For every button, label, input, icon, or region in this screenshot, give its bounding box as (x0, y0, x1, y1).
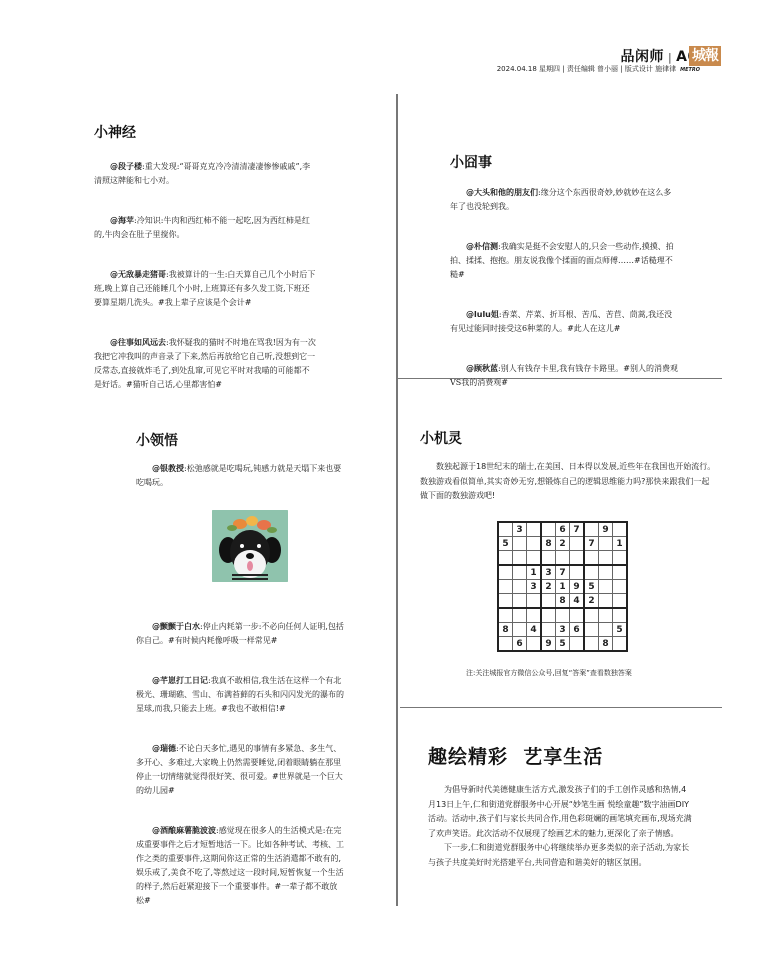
sudoku-cell[interactable] (584, 565, 599, 580)
sudoku-cell[interactable] (527, 637, 542, 652)
section-title: 小神经 (94, 122, 316, 142)
sudoku-cell[interactable] (584, 608, 599, 623)
sudoku-cell[interactable] (584, 637, 599, 652)
sudoku-cell[interactable]: 1 (556, 580, 570, 594)
sudoku-cell[interactable] (613, 522, 628, 537)
date-editor-line: 2024.04.18 星期四 | 责任编辑 曾小丽 | 版式设计 施律律 (497, 65, 676, 73)
sudoku-cell[interactable] (498, 580, 513, 594)
sudoku-row: 58271 (498, 537, 627, 551)
sudoku-cell[interactable] (570, 637, 585, 652)
sudoku-cell[interactable] (513, 623, 527, 637)
sudoku-cell[interactable]: 6 (513, 637, 527, 652)
sudoku-cell[interactable]: 5 (613, 623, 628, 637)
dog-illustration (212, 510, 288, 582)
sudoku-cell[interactable]: 2 (541, 580, 556, 594)
sudoku-cell[interactable] (556, 608, 570, 623)
sudoku-cell[interactable]: 8 (498, 623, 513, 637)
post: @芊崽打工日记:我真不敢相信,我生活在这样一个有北极光、珊瑚礁、雪山、布满苔藓的… (136, 674, 344, 716)
sudoku-row: 84365 (498, 623, 627, 637)
sudoku-cell[interactable] (498, 637, 513, 652)
sudoku-cell[interactable] (613, 565, 628, 580)
post: @lulu姐:香菜、芹菜、折耳根、苦瓜、苦苣、茼蒿,我还没有见过能同时接受这6种… (450, 308, 678, 336)
sudoku-cell[interactable] (599, 594, 613, 609)
sudoku-cell[interactable] (498, 522, 513, 537)
sudoku-cell[interactable]: 8 (541, 537, 556, 551)
sudoku-cell[interactable] (541, 623, 556, 637)
sudoku-cell[interactable] (513, 580, 527, 594)
post: @颤颤于白水:停止内耗第一步:不必向任何人证明,包括你自己。#有时候内耗像呼吸一… (136, 620, 344, 648)
sudoku-cell[interactable]: 8 (556, 594, 570, 609)
sudoku-cell[interactable] (513, 608, 527, 623)
sudoku-cell[interactable] (556, 551, 570, 566)
section-title: 小领悟 (136, 430, 344, 450)
sudoku-cell[interactable]: 3 (541, 565, 556, 580)
section-nerves: 小神经 @段子楼:重大发现:“哥哥克克冷冷清清凄凄惨惨戚戚”,李清照这牌能和七小… (94, 122, 316, 392)
sudoku-cell[interactable] (527, 537, 542, 551)
sudoku-cell[interactable] (599, 565, 613, 580)
article-paragraph: 为倡导新时代美德健康生活方式,激发孩子们的手工创作灵感和热情,4月13日上午,仁… (428, 783, 694, 841)
newspaper-logo: 城報 (689, 46, 721, 66)
section-title: 小机灵 (420, 428, 716, 448)
sudoku-cell[interactable] (584, 623, 599, 637)
sudoku-cell[interactable] (541, 522, 556, 537)
header-meta: 2024.04.18 星期四 | 责任编辑 曾小丽 | 版式设计 施律律METR… (497, 64, 700, 74)
sudoku-cell[interactable] (541, 594, 556, 609)
sudoku-cell[interactable] (498, 608, 513, 623)
sudoku-row (498, 551, 627, 566)
sudoku-row: 137 (498, 565, 627, 580)
sudoku-cell[interactable]: 4 (570, 594, 585, 609)
section-name: 品闲师 (620, 49, 664, 65)
sudoku-cell[interactable] (513, 537, 527, 551)
section-divider-2 (400, 707, 722, 708)
post: @无敌暴走猪哥:我被算计的一生:白天算自己几个小时后下班,晚上算自己还能睡几个小… (94, 268, 316, 310)
sudoku-cell[interactable]: 1 (527, 565, 542, 580)
sudoku-cell[interactable] (613, 594, 628, 609)
sudoku-cell[interactable] (599, 623, 613, 637)
sudoku-cell[interactable] (498, 565, 513, 580)
sudoku-cell[interactable]: 5 (498, 537, 513, 551)
sudoku-cell[interactable] (570, 537, 585, 551)
sudoku-row: 6958 (498, 637, 627, 652)
column-divider (396, 94, 398, 906)
sudoku-cell[interactable] (599, 537, 613, 551)
sudoku-row (498, 608, 627, 623)
sudoku-cell[interactable]: 6 (570, 623, 585, 637)
sudoku-cell[interactable] (513, 551, 527, 566)
section-clever: 小机灵 数独起源于18世纪末的瑞士,在美国、日本得以发展,近些年在我国也开始流行… (420, 428, 716, 504)
post: @朴信测:我确实是挺不会安慰人的,只会一些动作,摸摸、拍拍、揉揉、抱抱。朋友说我… (450, 240, 678, 282)
sudoku-cell[interactable]: 3 (556, 623, 570, 637)
sudoku-answer-note: 注:关注城报官方微信公众号,回复“答案”查看数独答案 (466, 668, 632, 678)
section-insight: 小领悟 @银教授:松弛感就是吃喝玩,钝感力就是天塌下来也要吃喝玩。 (136, 430, 344, 490)
sudoku-cell[interactable] (541, 608, 556, 623)
sudoku-cell[interactable] (599, 580, 613, 594)
sudoku-cell[interactable] (584, 551, 599, 566)
sudoku-cell[interactable] (570, 608, 585, 623)
sudoku-cell[interactable]: 3 (513, 522, 527, 537)
article-paragraph: 下一步,仁和街道党群服务中心将继续举办更多类似的亲子活动,为家长与孩子共度美好时… (428, 841, 694, 870)
sudoku-cell[interactable]: 6 (556, 522, 570, 537)
sudoku-row: 3679 (498, 522, 627, 537)
post: @顾秋蓝:别人有钱存卡里,我有钱存卡路里。#别人的消费观VS我的消费观# (450, 362, 678, 390)
sudoku-cell[interactable]: 7 (556, 565, 570, 580)
sudoku-cell[interactable]: 5 (584, 580, 599, 594)
sudoku-grid: 3679 58271 137 32195 842 84365 6958 (497, 521, 628, 652)
sudoku-cell[interactable] (527, 594, 542, 609)
sudoku-cell[interactable] (613, 637, 628, 652)
post: @海苹:冷知识:牛肉和西红柿不能一起吃,因为西红柿是红的,牛肉会在肚子里搅你。 (94, 214, 316, 242)
sudoku-cell[interactable] (613, 551, 628, 566)
post: @大头和他的朋友们:缘分这个东西很奇妙,妙就妙在这么多年了也没轮到我。 (450, 186, 678, 214)
sudoku-cell[interactable] (513, 594, 527, 609)
sudoku-cell[interactable]: 2 (556, 537, 570, 551)
sudoku-cell[interactable] (498, 594, 513, 609)
sudoku-cell[interactable]: 5 (556, 637, 570, 652)
post: @酒酿麻薯脆波波:感觉现在很多人的生活模式是:在完成重要事件之后才短暂地活一下。… (136, 824, 344, 908)
logo-subtext: METRO (680, 67, 700, 73)
sudoku-cell[interactable] (527, 551, 542, 566)
post: @银教授:松弛感就是吃喝玩,钝感力就是天塌下来也要吃喝玩。 (136, 462, 344, 490)
sudoku-cell[interactable] (599, 608, 613, 623)
post: @段子楼:重大发现:“哥哥克克冷冷清清凄凄惨惨戚戚”,李清照这牌能和七小对。 (94, 160, 316, 188)
sudoku-cell[interactable]: 9 (541, 637, 556, 652)
sudoku-cell[interactable]: 4 (527, 623, 542, 637)
sudoku-cell[interactable]: 7 (584, 537, 599, 551)
sudoku-cell[interactable] (570, 565, 585, 580)
section-title: 小囧事 (450, 152, 678, 172)
sudoku-cell[interactable]: 2 (584, 594, 599, 609)
sudoku-cell[interactable]: 7 (570, 522, 585, 537)
header-divider: | (664, 51, 676, 64)
sudoku-cell[interactable]: 9 (599, 522, 613, 537)
sudoku-cell[interactable] (599, 551, 613, 566)
section-art: 趣绘精彩 艺享生活 为倡导新时代美德健康生活方式,激发孩子们的手工创作灵感和热情… (428, 742, 694, 870)
sudoku-cell[interactable] (613, 608, 628, 623)
sudoku-cell[interactable]: 3 (527, 580, 542, 594)
dog-image-icon (212, 510, 288, 582)
post: @往事如风远去:我怀疑我的猫时不时地在骂我!因为有一次我把它冲我叫的声音录了下来… (94, 336, 316, 392)
sudoku-cell[interactable] (498, 551, 513, 566)
sudoku-row: 842 (498, 594, 627, 609)
sudoku-cell[interactable] (584, 522, 599, 537)
sudoku-cell[interactable]: 1 (613, 537, 628, 551)
sudoku-cell[interactable]: 9 (570, 580, 585, 594)
sudoku-cell[interactable]: 8 (599, 637, 613, 652)
article-title: 趣绘精彩 艺享生活 (428, 742, 694, 769)
sudoku-cell[interactable] (513, 565, 527, 580)
section-awkward: 小囧事 @大头和他的朋友们:缘分这个东西很奇妙,妙就妙在这么多年了也没轮到我。 … (450, 152, 678, 390)
sudoku-cell[interactable] (527, 522, 542, 537)
sudoku-cell[interactable] (527, 608, 542, 623)
sudoku-cell[interactable] (613, 580, 628, 594)
sudoku-row: 32195 (498, 580, 627, 594)
sudoku-cell[interactable] (541, 551, 556, 566)
section-insight-continued: @颤颤于白水:停止内耗第一步:不必向任何人证明,包括你自己。#有时候内耗像呼吸一… (136, 620, 344, 908)
sudoku-intro: 数独起源于18世纪末的瑞士,在美国、日本得以发展,近些年在我国也开始流行。数独游… (420, 460, 716, 504)
sudoku-cell[interactable] (570, 551, 585, 566)
post: @瑞德:不论白天多忙,遇见的事情有多紧急、多生气、多开心、多难过,大家晚上仍然需… (136, 742, 344, 798)
